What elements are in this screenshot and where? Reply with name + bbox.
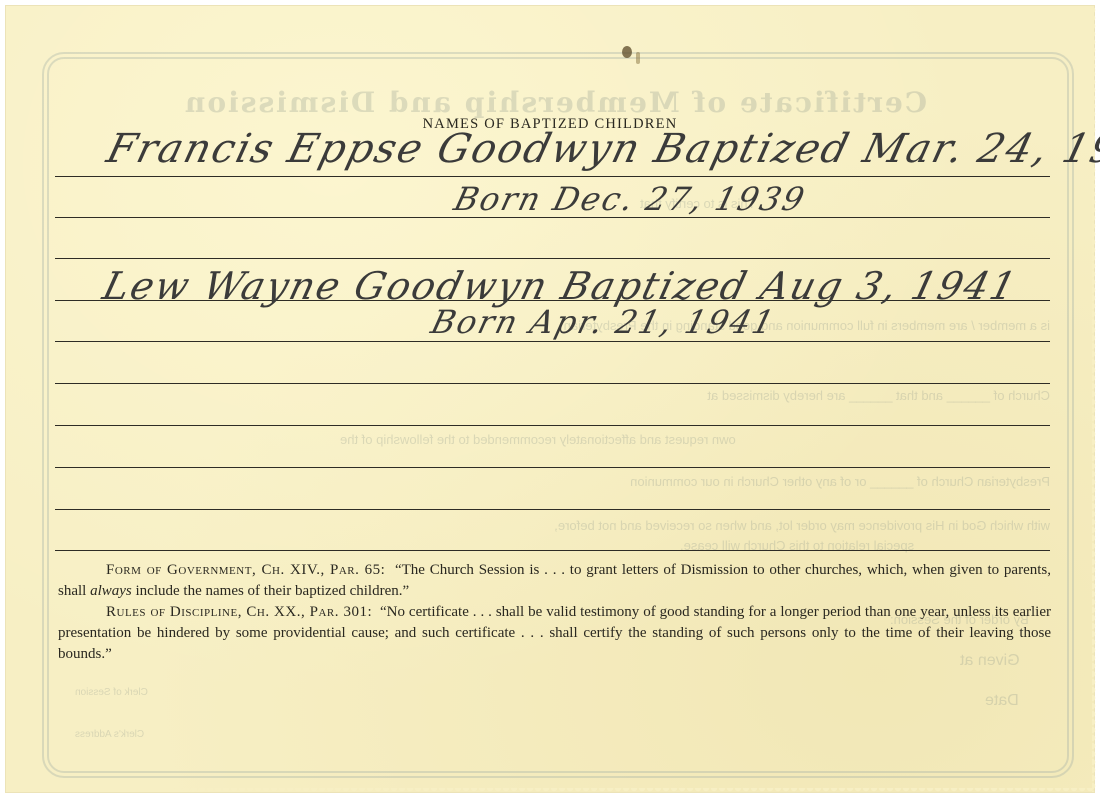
bleed-through-line: Clerk's Address xyxy=(75,729,144,740)
ruled-line xyxy=(55,258,1050,259)
ink-stain-drip xyxy=(636,52,640,64)
note-text: include the names of their baptized chil… xyxy=(132,583,409,599)
bleed-through-line: Church of ______ and that ______ are her… xyxy=(60,388,1050,403)
ruled-line xyxy=(55,341,1050,342)
ruled-line xyxy=(55,176,1050,177)
bleed-through-line: with which God in His providence may ord… xyxy=(60,518,1050,533)
pinked-edge-bottom xyxy=(6,788,1094,794)
child-entry-name-line: Lew Wayne Goodwyn Baptized Aug 3, 1941 xyxy=(99,264,1023,308)
ruled-line xyxy=(55,550,1050,551)
bleed-through-line: own request and affectionately recommend… xyxy=(340,432,736,447)
note-form-of-government: Form of Government, Ch. XIV., Par. 65: “… xyxy=(58,560,1051,602)
ink-stain xyxy=(622,46,632,58)
regulation-notes: Form of Government, Ch. XIV., Par. 65: “… xyxy=(58,560,1051,665)
bleed-through-title: Certificate of Membership and Dismission xyxy=(150,86,960,119)
child-entry-name-line: Francis Eppse Goodwyn Baptized Mar. 24, … xyxy=(102,126,1100,172)
bleed-through-line: Date xyxy=(985,692,1019,710)
note-citation: Rules of Discipline, Ch. XX., Par. 301: xyxy=(106,604,372,620)
ruled-line xyxy=(55,467,1050,468)
ruled-line xyxy=(55,425,1050,426)
ruled-line xyxy=(55,383,1050,384)
ruled-line xyxy=(55,509,1050,510)
note-rules-of-discipline: Rules of Discipline, Ch. XX., Par. 301: … xyxy=(58,602,1051,665)
child-entry-born-line: Born Apr. 21, 1941 xyxy=(427,303,780,341)
child-entry-born-line: Born Dec. 27, 1939 xyxy=(450,180,810,218)
note-emphasis: always xyxy=(90,583,132,599)
note-citation: Form of Government, Ch. XIV., Par. 65: xyxy=(106,562,385,578)
bleed-through-line: Clerk of Session xyxy=(75,687,148,698)
bleed-through-line: Presbyterian Church of ______ or of any … xyxy=(60,474,1050,489)
